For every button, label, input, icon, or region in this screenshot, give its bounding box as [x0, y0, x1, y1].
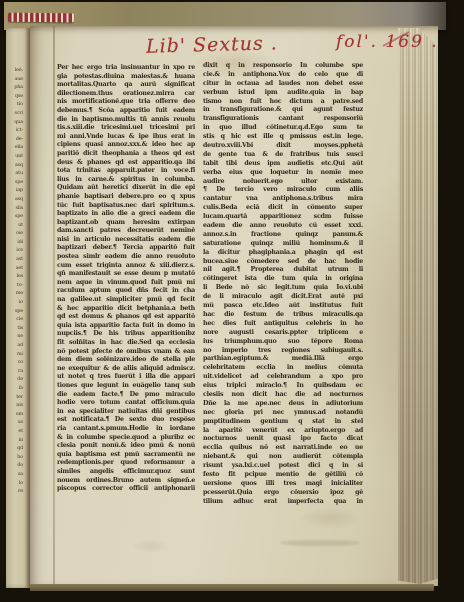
text-line: spe: [8, 178, 23, 187]
text-line: us: [8, 418, 23, 427]
text-line: culis.Beda eciã dicit in cõmento super: [203, 204, 363, 213]
text-line: nil agit.¶ Propterea dubitat utrum li: [203, 266, 363, 275]
text-line: & hec apparitio dicit betphania.a beth: [57, 305, 195, 314]
text-line: spe: [8, 212, 23, 221]
text-line: ra: [8, 367, 23, 376]
text-line: cie: [8, 315, 23, 324]
text-line: tis.s.xiii.die tricesimi.uel tricesimi p…: [57, 124, 195, 133]
text-line: slis: [8, 204, 23, 213]
text-line: om: [8, 410, 23, 419]
text-line: annoz.s.in fractione quinqz panum.&: [203, 231, 363, 240]
text-line: niebant.& qui non audierũt cõtempla: [203, 453, 363, 462]
text-line: tiones que legunt in euãgelio tanq sub: [57, 382, 195, 391]
text-line: phanie baptisari debere.pro eo q xpus: [57, 193, 195, 202]
book-bottom-edge: [30, 584, 434, 591]
text-column-right: dixit q in responsorio In columbe specie…: [203, 62, 363, 507]
text-line: piscopus corrector officii antiphonarii: [57, 485, 195, 494]
book-title-rubric: Lib' Sextus .: [146, 32, 278, 57]
text-line: ho: [8, 453, 23, 462]
text-line: ict-: [8, 126, 23, 135]
text-line: in ea specialiter natiuitas dñi gentibus: [57, 408, 195, 417]
text-line: to-: [8, 281, 23, 290]
text-line: hodie vero totum cantat officium.quia: [57, 399, 195, 408]
text-line: dilectionem.thus orationez.mirra car: [57, 90, 195, 99]
text-line: parthian.egiptum.& mediã.Illã ergo: [203, 355, 363, 364]
text-line: nem aque in vinum.quod fuit pmũ mi: [57, 279, 195, 288]
text-line: tilium adhuc erat imperfecta qua in: [203, 498, 363, 507]
text-line: pmptitudinem gentium q stat in stel: [203, 418, 363, 427]
text-line: baptizant.ob quam heresim extirpan: [57, 219, 195, 228]
text-line: in transfiguratione.& qui agunt festuz: [203, 106, 363, 115]
text-line: qd est domus & phanos qd est apparitõ: [57, 313, 195, 322]
text-line: nouem ordines.Bruno autem signeñ.e: [57, 477, 195, 486]
text-line: aue: [8, 75, 23, 84]
text-line: deus & phanes qd est apparitio.qa ibi: [57, 159, 195, 168]
text-line: ad: [8, 341, 23, 350]
text-line: die eadem facte.¶ De pmo miraculo: [57, 391, 195, 400]
text-line: cõtingeret ista die tum quia in origina: [203, 275, 363, 284]
text-line: verba eius que loquetur in nomĩe meo: [203, 169, 363, 178]
text-line: la aparitẽ venerũt ex ariupto.ergo ad: [203, 427, 363, 436]
text-line: iap: [8, 186, 23, 195]
text-line: dam.sancti patres decreuerũt neminẽ: [57, 227, 195, 236]
text-line: de li miraculo agit dicit.Erat autẽ pxi: [203, 293, 363, 302]
text-line: mortalitas.Quarto qa aurũ significat: [57, 81, 195, 90]
text-line: nupciis.¶ De his tribus apparitionibz: [57, 330, 195, 339]
text-line: ut: [8, 221, 23, 230]
text-line: ter: [8, 393, 23, 402]
text-line: fit solñitas in hac die.Sed qa ecclesia: [57, 339, 195, 348]
text-line: oie: [8, 229, 23, 238]
text-line: unt: [8, 152, 23, 161]
text-line: les: [8, 272, 23, 281]
text-line: hac die festum de tribus miraculis.qa: [203, 311, 363, 320]
text-line: risunt ysa.lxi.c.uel potest dici q in si: [203, 462, 363, 471]
text-line: qse: [8, 92, 23, 101]
text-line: mi: [8, 350, 23, 359]
text-line: tismo non fuit hoc dictum a patre.sed: [203, 98, 363, 107]
headband: [8, 13, 74, 23]
text-line: spe: [8, 307, 23, 316]
text-line: bucea.siue cõmedere sed de hac hodie: [203, 258, 363, 267]
text-line: nis mortificationẽ.que tria offerre deo: [57, 98, 195, 107]
text-line: leè.: [8, 66, 23, 75]
text-line: tota trinitas apparuit.pater in voce.fi: [57, 167, 195, 176]
text-line: deutro.xviii.Vbi dixit moyses.pphetã: [203, 142, 363, 151]
text-line: de-: [8, 135, 23, 144]
text-line: ast: [8, 255, 23, 264]
text-line: dixit q in responsorio In columbe spe: [203, 62, 363, 71]
text-line: ius triumphum.quo suo tẽpore Roma: [203, 338, 363, 347]
text-line: citur in octaua ad laudes non debet esse: [203, 80, 363, 89]
text-line: aet: [8, 264, 23, 273]
text-line: clesiis non dicit hac die ad nocturnos: [203, 391, 363, 400]
text-line: nis: [8, 401, 23, 410]
text-line: tis: [8, 324, 23, 333]
text-line: fa: [8, 384, 23, 393]
text-line: ne exequitur & de aliis aliquid admiscz.: [57, 365, 195, 374]
text-line: baptizato in alio die a greci eadem die: [57, 210, 195, 219]
left-page-edge: leè.auephaqsetioscriquaict-de-ellauntasq…: [6, 28, 30, 588]
text-line: cum esset triginta annoz & xiii.dierz.s.: [57, 262, 195, 271]
text-line: pcesserũt.Quia ergo cõuersio ipoz gẽ: [203, 489, 363, 498]
text-line: ecclia quibus nõ est narrati.inde eo ue: [203, 444, 363, 453]
text-line: cantatur vna antiphona.s.tribus mira: [203, 195, 363, 204]
text-line: audire noluerit.ego ultor existam.: [203, 178, 363, 187]
text-line: no imperio tres regiones subiugauit.s.: [203, 347, 363, 356]
text-line: mi anni.Vnde lucas & ipe ihus erat in: [57, 133, 195, 142]
text-line: dem diem solẽnizare.ideo de stella ple: [57, 356, 195, 365]
text-line: nocturnos uenit quasi ipo facto dicat: [203, 435, 363, 444]
text-line: et: [8, 427, 23, 436]
text-line: asq: [8, 161, 23, 170]
text-line: uersione quos illi tres magi inicialiter: [203, 480, 363, 489]
text-line: atu: [8, 169, 23, 178]
text-line: nõ potest pfecte de omibus vnam & ean: [57, 348, 195, 357]
text-line: li Bede nõ sic legit.tum quia Io.vi.ubi: [203, 284, 363, 293]
text-line: scri: [8, 109, 23, 118]
text-line: asq: [8, 195, 23, 204]
page-crease: [53, 26, 55, 586]
text-line: tabit tibi deus ipm audietis etc.Qui aũt: [203, 160, 363, 169]
text-line: cipiens quasi annoz.xxx.& ideo hec ap: [57, 141, 195, 150]
text-line: paritiõ dicit theophania a theos qd est: [57, 150, 195, 159]
text-line: de gente tua & de fratribus tuis susci: [203, 151, 363, 160]
text-line: raculum aptum quod dñs fecit in cha: [57, 287, 195, 296]
edge-text-fragments: leè.auephaqsetioscriquaict-de-ellauntasq…: [8, 66, 23, 496]
text-line: die in baptismo.multis tñ annis reuolu: [57, 116, 195, 125]
text-line: qñ manifestauit se esse deum p mutatõ: [57, 270, 195, 279]
text-line: quia baptisma est pmũ sacramentũ ne: [57, 451, 195, 460]
text-line: io: [8, 298, 23, 307]
text-line: Dñe la me ape.nec deus in adiutorium: [203, 400, 363, 409]
text-line: lo: [8, 479, 23, 488]
text-line: ne: [8, 332, 23, 341]
text-line: idi: [8, 238, 23, 247]
text-line: ice: [8, 246, 23, 255]
text-line: qd: [8, 444, 23, 453]
text-line: ella: [8, 143, 23, 152]
text-line: celebritatem ecclia in melius cõmuta: [203, 364, 363, 373]
text-line: clesia ponit nonũ.& ideo pmũ & nonũ: [57, 442, 195, 451]
text-line: saturatione quinqz miliũ hominum.& il: [203, 240, 363, 249]
text-line: est notificata.¶ De sexto duo respõso: [57, 416, 195, 425]
book-photo: leè.auephaqsetioscriquaict-de-ellauntasq…: [0, 0, 464, 602]
text-line: co: [8, 358, 23, 367]
text-line: ut notet q tres fuerũt i illa die appari: [57, 373, 195, 382]
text-line: re: [8, 487, 23, 496]
text-line: Quidam aũt heretici dixerũt in die epi: [57, 184, 195, 193]
text-line: festo fit pcipue mentio de gẽtiliũ cõ: [203, 471, 363, 480]
text-line: baptizari deber.¶ Tercia apparitõ fuit: [57, 244, 195, 253]
text-line: hec dies fuit antiquitus celebris in ho: [203, 320, 363, 329]
text-line: in: [8, 436, 23, 445]
text-line: ¶ De tercio vero miraculo cum aliis: [203, 186, 363, 195]
text-line: similes angelis efficimur.quoz sunt: [57, 468, 195, 477]
text-line: debemus.¶ Scõa apparitio fuit eadem: [57, 107, 195, 116]
text-line: verbum istud ipm audite.quia in bap: [203, 89, 363, 98]
text-line: na galilee.ut simpliciter pmũ qd fecit: [57, 296, 195, 305]
text-line: me: [8, 289, 23, 298]
text-line: in quo illud cõtinetur.q.d.Ego sum te: [203, 124, 363, 133]
text-line: nore augusti cesaris.ppter triplicem e: [203, 329, 363, 338]
text-line: uit.videlicet ad celebrandum a xpo pro: [203, 373, 363, 382]
text-line: do: [8, 461, 23, 470]
text-line: quia ista apparitio facta fuit in domo i…: [57, 322, 195, 331]
text-line: lucam.quartã apparitionez scdm fuisse: [203, 213, 363, 222]
text-line: pha: [8, 83, 23, 92]
text-line: & in columbe specie.quod a pluribz ec: [57, 434, 195, 443]
text-line: stis q hic est ille q pmissus est.in leg…: [203, 133, 363, 142]
text-line: cie.& in antiphona.Vox de celo que di: [203, 71, 363, 80]
text-line: nec gloria pri nec ymnus.ad notandũ: [203, 409, 363, 418]
text-line: transfigurationis cantant responsoriũ: [203, 115, 363, 124]
bleed-through-smudge: [280, 540, 360, 546]
text-line: eius triplci miraclo.¶ In quibsdam ec: [203, 382, 363, 391]
text-line: redemptionis.per quod reformamur a: [57, 459, 195, 468]
text-line: de: [8, 375, 23, 384]
text-line: sa: [8, 470, 23, 479]
text-line: ria cantant.s.pmum.Hodie in iordane: [57, 425, 195, 434]
text-line: Per hec ergo tria insinuantur in xpo re: [57, 64, 195, 73]
text-line: gia potestas.diuina maiestas.& huana: [57, 73, 195, 82]
text-line: qua: [8, 118, 23, 127]
text-line: tũc fuit baptisatus.nec dari spiritum.s.: [57, 202, 195, 211]
text-line: mũ pasca etc.Ideo aũt institutus fuit: [203, 302, 363, 311]
text-line: nisi in articulo necessitatis eadem die: [57, 236, 195, 245]
text-line: lius in carne.& spiritus in columba.: [57, 176, 195, 185]
text-line: postea simlr eadem die anno reuoluto: [57, 253, 195, 262]
text-line: la dicitur phagiphania.a phagin qd est: [203, 249, 363, 258]
fore-edge: [398, 28, 438, 584]
text-column-left: Per hec ergo tria insinuantur in xpo reg…: [57, 64, 195, 494]
text-line: eadem die anno reuoluto cũ esset xxxi.: [203, 222, 363, 231]
text-line: tio: [8, 100, 23, 109]
